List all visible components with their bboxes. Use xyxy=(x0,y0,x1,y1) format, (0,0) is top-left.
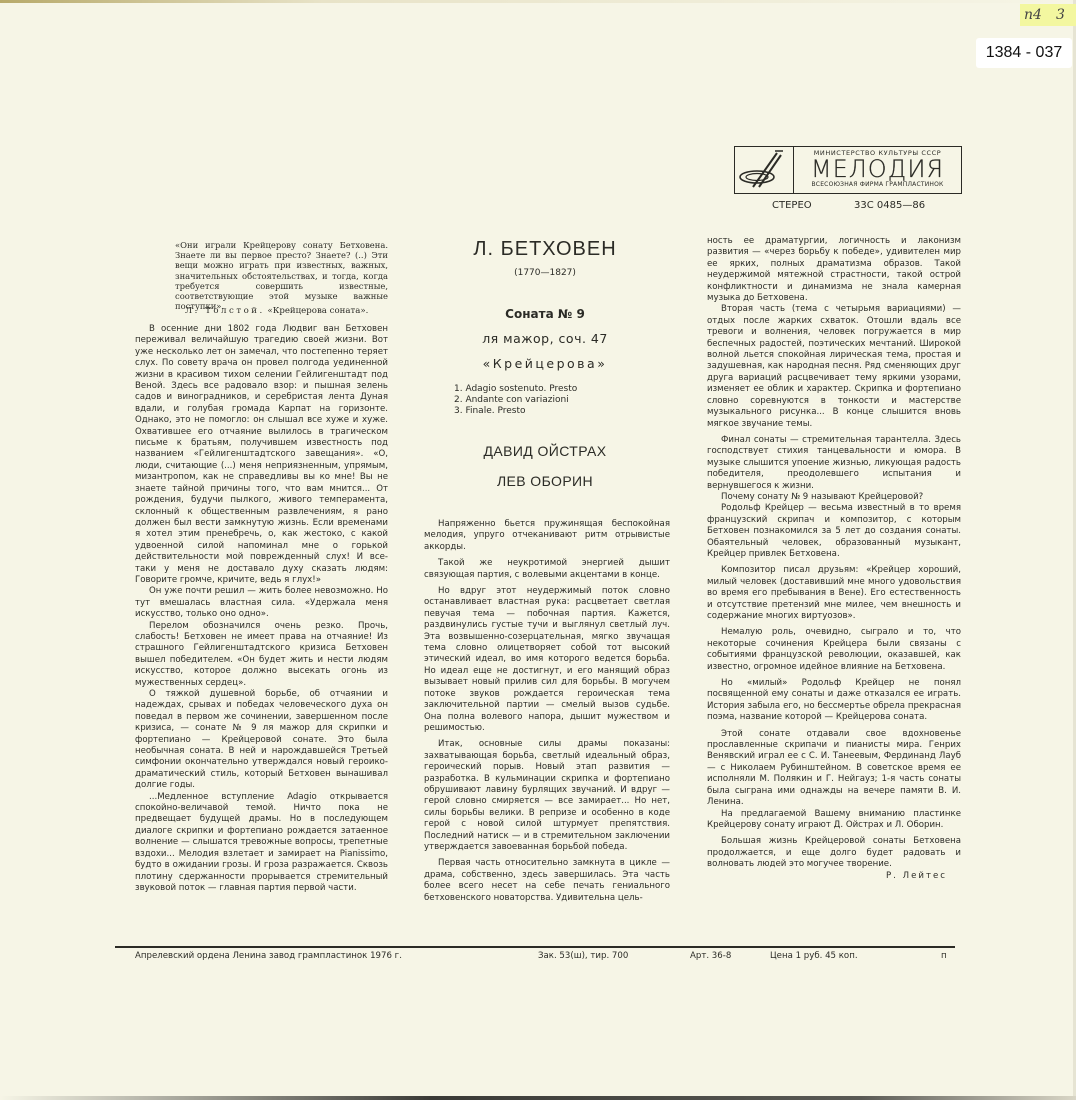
paragraph: Этой сонате отдавали свое вдохновенье пр… xyxy=(707,729,961,809)
handwritten-note: п43 xyxy=(1020,4,1076,26)
movement-item: 1. Adagio sostenuto. Presto xyxy=(454,384,577,395)
logo-brand: МЕЛОДИЯ xyxy=(794,157,961,181)
paragraph: О тяжкой душевной борьбе, об отчаянии и … xyxy=(135,689,388,792)
epigraph-quote: «Они играли Крейцерову сонату Бетховена.… xyxy=(175,240,388,311)
paragraph: ...Медленное вступление Adagio открывает… xyxy=(135,792,388,895)
work-key-opus: ля мажор, соч. 47 xyxy=(405,331,685,346)
paragraph: Напряженно бьется пружинящая беспокойная… xyxy=(424,519,670,553)
catalog-number: 33С 0485—86 xyxy=(854,200,925,211)
catalog-sticker: 1384 - 037 xyxy=(976,38,1072,68)
footer-divider xyxy=(115,946,955,948)
paragraph: Композитор писал друзьям: «Крейцер хорош… xyxy=(707,565,961,622)
format-label: СТЕРЕО xyxy=(772,200,812,211)
paragraph: Вторая часть (тема с четырьмя вариациями… xyxy=(707,304,961,429)
work-nickname: «Крейцерова» xyxy=(405,356,685,371)
paragraph: Но вдруг этот неудержимый поток словно о… xyxy=(424,586,670,734)
handwritten-note-part: п4 xyxy=(1024,7,1042,23)
epigraph-source-title: «Крейцерова соната». xyxy=(267,306,368,316)
paragraph: Такой же неукротимой энергией дышит связ… xyxy=(424,558,670,581)
composer-name: Л. БЕТХОВЕН xyxy=(405,238,685,261)
paragraph: Он уже почти решил — жить более невозмож… xyxy=(135,586,388,620)
paragraph: Финал сонаты — стремительная тарантелла.… xyxy=(707,435,961,492)
paragraph: Перелом обозначился очень резко. Прочь, … xyxy=(135,621,388,689)
footer-price: Цена 1 руб. 45 коп. xyxy=(770,951,858,961)
paragraph: Первая часть относительно замкнута в цик… xyxy=(424,858,670,904)
work-title: Соната № 9 xyxy=(405,307,685,321)
movement-item: 3. Finale. Presto xyxy=(454,406,577,417)
movement-item: 2. Andante con variazioni xyxy=(454,395,577,406)
epigraph-author: Л. Толстой. xyxy=(185,306,265,316)
sleeve-bottom-edge xyxy=(0,1096,1076,1100)
paragraph: Большая жизнь Крейцеровой сонаты Бетхове… xyxy=(707,836,961,870)
middle-column-text: Напряженно бьется пружинящая беспокойная… xyxy=(424,519,670,904)
composer-years: (1770—1827) xyxy=(405,268,685,278)
paragraph: На предлагаемой Вашему вниманию пластинк… xyxy=(707,809,961,832)
footer-plant: Апрелевский ордена Ленина завод грамплас… xyxy=(135,951,402,961)
footer-mark: п xyxy=(941,951,947,961)
handwritten-note-part: 3 xyxy=(1056,7,1065,23)
performer-violin: ДАВИД ОЙСТРАХ xyxy=(405,443,685,459)
logo-company: ВСЕСОЮЗНАЯ ФИРМА ГРАМПЛАСТИНОК xyxy=(794,181,961,189)
footer-article: Арт. 36-8 xyxy=(690,951,731,961)
paragraph: Итак, основные силы драмы показаны: захв… xyxy=(424,739,670,853)
melodiya-logo: МИНИСТЕРСТВО КУЛЬТУРЫ СССР МЕЛОДИЯ ВСЕСО… xyxy=(734,146,962,194)
paragraph: Родольф Крейцер — весьма известный в то … xyxy=(707,503,961,560)
performer-piano: ЛЕВ ОБОРИН xyxy=(405,473,685,489)
movement-list: 1. Adagio sostenuto. Presto 2. Andante c… xyxy=(454,384,577,417)
epigraph-attribution: Л. Толстой. «Крейцерова соната». xyxy=(185,306,388,316)
sleeve-top-edge xyxy=(0,0,1076,3)
article-author: Р. Лейтес xyxy=(707,871,961,882)
paragraph: В осенние дни 1802 года Людвиг ван Бетхо… xyxy=(135,324,388,586)
footer-order: Зак. 53(ш), тир. 700 xyxy=(538,951,628,961)
paragraph: ность ее драматургии, логичность и лакон… xyxy=(707,236,961,304)
right-column-text: ность ее драматургии, логичность и лакон… xyxy=(707,236,961,882)
left-column-text: В осенние дни 1802 года Людвиг ван Бетхо… xyxy=(135,324,388,894)
paragraph: Почему сонату № 9 называют Крейцеровой? xyxy=(707,492,961,503)
paragraph: Но «милый» Родольф Крейцер не понял посв… xyxy=(707,678,961,724)
melodiya-disc-emblem-icon xyxy=(735,147,794,193)
paragraph: Немалую роль, очевидно, сыграло и то, чт… xyxy=(707,627,961,673)
